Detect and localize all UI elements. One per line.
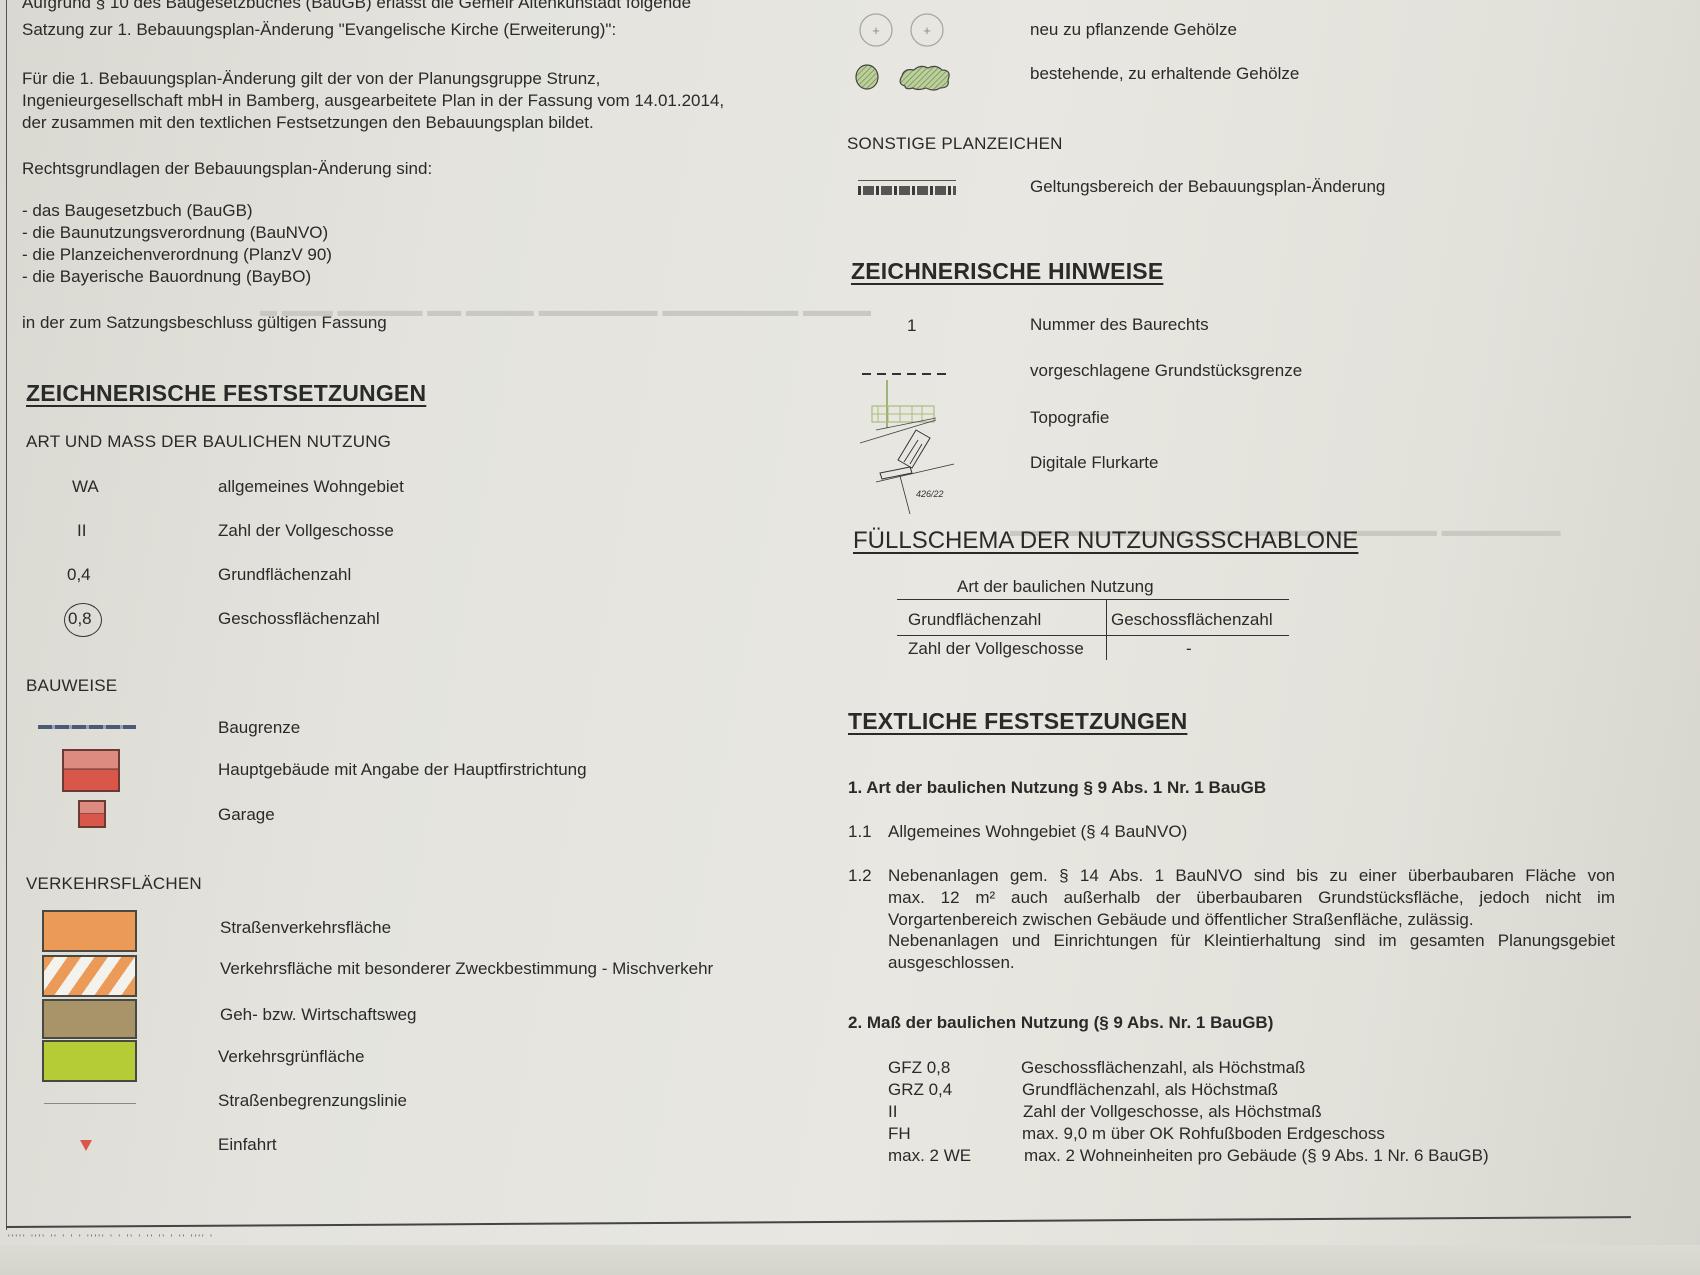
legend-label: neu zu pflanzende Gehölze <box>1030 19 1237 41</box>
hauptgebaeude-icon <box>62 749 120 792</box>
legend-label: Nummer des Baurechts <box>1030 314 1209 336</box>
mass-key: FH <box>888 1123 911 1145</box>
subsection-title-bauweise: BAUWEISE <box>26 676 117 696</box>
page-frame-bottom <box>6 1216 1631 1228</box>
svg-text:+: + <box>923 23 931 38</box>
subsection-title-sonstige: SONSTIGE PLANZEICHEN <box>847 134 1063 154</box>
mischverkehr-swatch <box>42 955 137 997</box>
subsection-title-verkehrsflaechen: VERKEHRSFLÄCHEN <box>26 874 202 894</box>
legend-label: allgemeines Wohngebiet <box>218 476 404 498</box>
preamble-line-2: Satzung zur 1. Bebauungsplan-Änderung "E… <box>22 19 616 41</box>
subsection-title-art-mass: ART UND MASS DER BAULICHEN NUTZUNG <box>26 432 391 452</box>
symbol-baurecht-number: 1 <box>907 315 916 337</box>
page-frame-left <box>6 0 7 1230</box>
legend-label: Zahl der Vollgeschosse <box>218 520 394 542</box>
item-text-line: Nebenanlagen und Einrichtungen für Klein… <box>888 930 1615 952</box>
schablone-top-label: Art der baulichen Nutzung <box>957 576 1154 598</box>
mass-value: Zahl der Vollgeschosse, als Höchstmaß <box>1023 1101 1322 1123</box>
svg-text:+: + <box>872 23 880 38</box>
legal-list-item: - die Planzeichenverordnung (PlanzV 90) <box>22 244 332 266</box>
section-title-zeichnerische-hinweise: ZEICHNERISCHE HINWEISE <box>851 258 1163 285</box>
legend-label: Hauptgebäude mit Angabe der Hauptfirstri… <box>218 759 587 781</box>
verkehrsgruenflaeche-swatch <box>42 1040 137 1082</box>
preamble-para-line: Ingenieurgesellschaft mbH in Bamberg, au… <box>22 90 724 112</box>
symbol-wa: WA <box>72 476 99 498</box>
svg-text:426/22: 426/22 <box>916 489 944 499</box>
preamble-line-1: Aufgrund § 10 des Baugesetzbuches (BauGB… <box>22 0 691 14</box>
symbol-grz: 0,4 <box>67 564 91 586</box>
mass-key: GFZ 0,8 <box>888 1057 950 1079</box>
item-text-line: Vorgartenbereich zwischen Gebäude und öf… <box>888 909 1474 931</box>
legend-label: Verkehrsfläche mit besonderer Zweckbesti… <box>220 958 713 980</box>
bestehende-gehoelze-icon <box>855 60 975 94</box>
symbol-ii: II <box>77 520 86 542</box>
legend-label: bestehende, zu erhaltende Gehölze <box>1030 63 1299 85</box>
legend-label: Grundflächenzahl <box>218 564 351 586</box>
legal-list-item: - das Baugesetzbuch (BauGB) <box>22 200 253 222</box>
schablone-cell: Zahl der Vollgeschosse <box>908 638 1084 660</box>
preamble-para-line: Für die 1. Bebauungsplan-Änderung gilt d… <box>22 68 600 90</box>
schablone-divider <box>1106 600 1107 660</box>
mass-key: max. 2 WE <box>888 1145 971 1167</box>
topografie-flurkarte-sketch-icon: 426/22 <box>858 378 968 518</box>
schablone-cell: - <box>1186 638 1192 660</box>
legend-label: Einfahrt <box>218 1134 277 1156</box>
section-title-zeichnerische-festsetzungen: ZEICHNERISCHE FESTSETZUNGEN <box>26 380 426 407</box>
schablone-line <box>897 635 1289 636</box>
garage-icon <box>78 800 106 828</box>
section-title-textliche-festsetzungen: TEXTLICHE FESTSETZUNGEN <box>848 708 1187 735</box>
strassenverkehrsflaeche-swatch <box>42 910 137 952</box>
legend-label: Geschossflächenzahl <box>218 608 380 630</box>
legal-list-item: - die Baunutzungsverordnung (BauNVO) <box>22 222 328 244</box>
schablone-line <box>897 599 1289 600</box>
geltungsbereich-line <box>858 180 956 181</box>
mass-key: GRZ 0,4 <box>888 1079 952 1101</box>
legal-intro: Rechtsgrundlagen der Bebauungsplan-Änder… <box>22 158 432 180</box>
mass-value: max. 9,0 m über OK Rohfußboden Erdgescho… <box>1022 1123 1385 1145</box>
grundstuecksgrenze-dashed-icon <box>862 373 948 375</box>
symbol-gfz-circled: 0,8 <box>68 608 92 630</box>
legend-label: Geh- bzw. Wirtschaftsweg <box>220 1004 417 1026</box>
item-number: 1.2 <box>848 865 872 887</box>
geltungsbereich-dashed-icon <box>858 186 956 195</box>
mass-value: Geschossflächenzahl, als Höchstmaß <box>1021 1057 1305 1079</box>
legend-label: Digitale Flurkarte <box>1030 452 1159 474</box>
schablone-cell: Grundflächenzahl <box>908 609 1041 631</box>
footer-faint-text: ''''' '''' '' ' ' ' ''''' ' ' '' ' '' ''… <box>8 1233 214 1243</box>
einfahrt-triangle-icon <box>80 1140 92 1151</box>
item-number: 1.1 <box>848 821 872 843</box>
legend-label: Topografie <box>1030 407 1109 429</box>
section-1-heading: 1. Art der baulichen Nutzung § 9 Abs. 1 … <box>848 777 1266 799</box>
mass-key: II <box>888 1101 897 1123</box>
legend-label: Straßenbegrenzungslinie <box>218 1090 407 1112</box>
legal-outro: in der zum Satzungsbeschluss gültigen Fa… <box>22 312 387 334</box>
legend-label: Verkehrsgrünfläche <box>218 1046 364 1068</box>
baugrenze-line-icon <box>38 725 136 729</box>
schablone-cell: Geschossflächenzahl <box>1111 609 1273 631</box>
item-text-line: max. 12 m² auch außerhalb der überbaubar… <box>888 887 1615 909</box>
legend-label: Baugrenze <box>218 717 300 739</box>
legend-label: Straßenverkehrsfläche <box>220 917 391 939</box>
neu-pflanzen-circles-icon: + + <box>855 10 955 50</box>
legend-label: Geltungsbereich der Bebauungsplan-Änderu… <box>1030 176 1385 198</box>
item-text-line: ausgeschlossen. <box>888 952 1015 974</box>
section-title-schablone: FÜLLSCHEMA DER NUTZUNGSSCHABLONE <box>853 527 1358 555</box>
legend-label: vorgeschlagene Grundstücksgrenze <box>1030 360 1302 382</box>
next-page-edge <box>0 1245 1700 1275</box>
mass-value: Grundflächenzahl, als Höchstmaß <box>1022 1079 1278 1101</box>
wirtschaftsweg-swatch <box>42 999 137 1039</box>
strassenbegrenzungslinie-icon <box>44 1103 136 1104</box>
preamble-para-line: der zusammen mit den textlichen Festsetz… <box>22 112 594 134</box>
mass-value: max. 2 Wohneinheiten pro Gebäude (§ 9 Ab… <box>1024 1145 1489 1167</box>
legend-label: Garage <box>218 804 275 826</box>
item-text: Allgemeines Wohngebiet (§ 4 BauNVO) <box>888 821 1187 843</box>
legal-list-item: - die Bayerische Bauordnung (BayBO) <box>22 266 311 288</box>
section-2-heading: 2. Maß der baulichen Nutzung (§ 9 Abs. N… <box>848 1012 1273 1034</box>
item-text-line: Nebenanlagen gem. § 14 Abs. 1 BauNVO sin… <box>888 865 1615 887</box>
